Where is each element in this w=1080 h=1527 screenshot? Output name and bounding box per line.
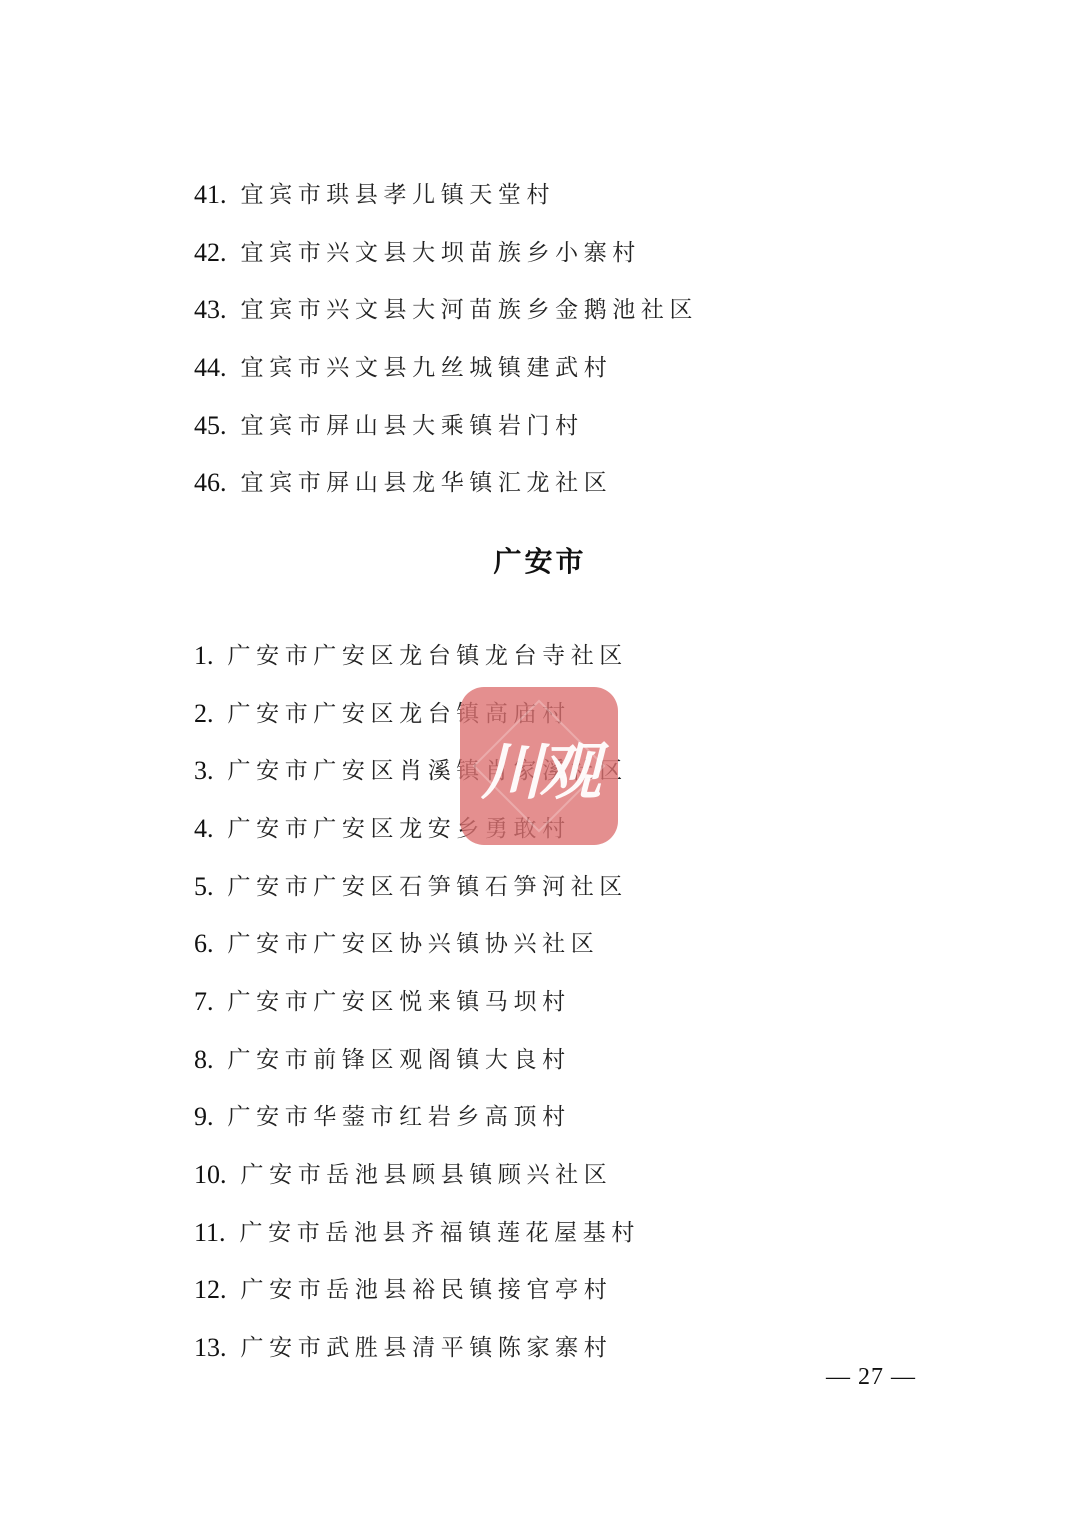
item-number: 7. — [194, 982, 214, 1022]
item-number: 4. — [194, 809, 214, 849]
list-item: 8.广安市前锋区观阁镇大良村 — [194, 1031, 640, 1089]
item-number: 45. — [194, 406, 227, 446]
item-text: 广安市华蓥市红岩乡高顶村 — [228, 1097, 571, 1137]
item-text: 宜宾市珙县孝儿镇天堂村 — [241, 175, 556, 215]
item-number: 43. — [194, 290, 227, 330]
list-item: 10.广安市岳池县顾县镇顾兴社区 — [194, 1146, 640, 1204]
list-item: 43.宜宾市兴文县大河苗族乡金鹅池社区 — [194, 281, 698, 339]
document-page: 41.宜宾市珙县孝儿镇天堂村 42.宜宾市兴文县大坝苗族乡小寨村 43.宜宾市兴… — [0, 0, 1080, 1527]
item-number: 42. — [194, 233, 227, 273]
item-text: 广安市前锋区观阁镇大良村 — [228, 1040, 571, 1080]
list-item: 41.宜宾市珙县孝儿镇天堂村 — [194, 166, 698, 224]
item-number: 9. — [194, 1097, 214, 1137]
section-heading-guangan: 广安市 — [0, 540, 1080, 580]
list-item: 1.广安市广安区龙台镇龙台寺社区 — [194, 627, 640, 685]
item-text: 广安市武胜县清平镇陈家寨村 — [241, 1328, 613, 1368]
list-item: 2.广安市广安区龙台镇高庙村 — [194, 685, 640, 743]
item-text: 广安市广安区龙台镇龙台寺社区 — [228, 636, 628, 676]
page-number: — 27 — — [826, 1364, 916, 1391]
list-item: 4.广安市广安区龙安乡勇敢村 — [194, 800, 640, 858]
item-text: 广安市岳池县齐福镇莲花屋基村 — [240, 1213, 640, 1253]
item-text: 广安市岳池县裕民镇接官亭村 — [241, 1270, 613, 1310]
item-number: 12. — [194, 1270, 227, 1310]
guangan-village-list: 1.广安市广安区龙台镇龙台寺社区 2.广安市广安区龙台镇高庙村 3.广安市广安区… — [194, 627, 640, 1377]
item-number: 6. — [194, 924, 214, 964]
item-number: 1. — [194, 636, 214, 676]
list-item: 12.广安市岳池县裕民镇接官亭村 — [194, 1262, 640, 1320]
list-item: 3.广安市广安区肖溪镇肖家溪社区 — [194, 742, 640, 800]
item-text: 广安市广安区协兴镇协兴社区 — [228, 924, 600, 964]
list-item: 44.宜宾市兴文县九丝城镇建武村 — [194, 339, 698, 397]
list-item: 6.广安市广安区协兴镇协兴社区 — [194, 915, 640, 973]
list-item: 11.广安市岳池县齐福镇莲花屋基村 — [194, 1204, 640, 1262]
item-text: 宜宾市屏山县大乘镇岩门村 — [241, 406, 584, 446]
yibin-village-list: 41.宜宾市珙县孝儿镇天堂村 42.宜宾市兴文县大坝苗族乡小寨村 43.宜宾市兴… — [194, 166, 698, 512]
list-item: 42.宜宾市兴文县大坝苗族乡小寨村 — [194, 224, 698, 282]
item-number: 41. — [194, 175, 227, 215]
item-text: 广安市广安区龙台镇高庙村 — [228, 694, 571, 734]
item-text: 广安市岳池县顾县镇顾兴社区 — [241, 1155, 613, 1195]
list-item: 9.广安市华蓥市红岩乡高顶村 — [194, 1089, 640, 1147]
item-number: 2. — [194, 694, 214, 734]
item-number: 10. — [194, 1155, 227, 1195]
item-number: 11. — [194, 1213, 226, 1253]
list-item: 5.广安市广安区石笋镇石笋河社区 — [194, 858, 640, 916]
item-text: 宜宾市兴文县大坝苗族乡小寨村 — [241, 233, 641, 273]
item-number: 46. — [194, 463, 227, 503]
item-number: 13. — [194, 1328, 227, 1368]
item-text: 广安市广安区肖溪镇肖家溪社区 — [228, 751, 628, 791]
item-number: 44. — [194, 348, 227, 388]
item-text: 宜宾市兴文县九丝城镇建武村 — [241, 348, 613, 388]
item-number: 5. — [194, 867, 214, 907]
item-text: 宜宾市屏山县龙华镇汇龙社区 — [241, 463, 613, 503]
item-text: 广安市广安区悦来镇马坝村 — [228, 982, 571, 1022]
list-item: 13.广安市武胜县清平镇陈家寨村 — [194, 1319, 640, 1377]
item-number: 8. — [194, 1040, 214, 1080]
list-item: 7.广安市广安区悦来镇马坝村 — [194, 973, 640, 1031]
item-number: 3. — [194, 751, 214, 791]
item-text: 广安市广安区龙安乡勇敢村 — [228, 809, 571, 849]
item-text: 广安市广安区石笋镇石笋河社区 — [228, 867, 628, 907]
list-item: 46.宜宾市屏山县龙华镇汇龙社区 — [194, 454, 698, 512]
item-text: 宜宾市兴文县大河苗族乡金鹅池社区 — [241, 290, 699, 330]
list-item: 45.宜宾市屏山县大乘镇岩门村 — [194, 397, 698, 455]
